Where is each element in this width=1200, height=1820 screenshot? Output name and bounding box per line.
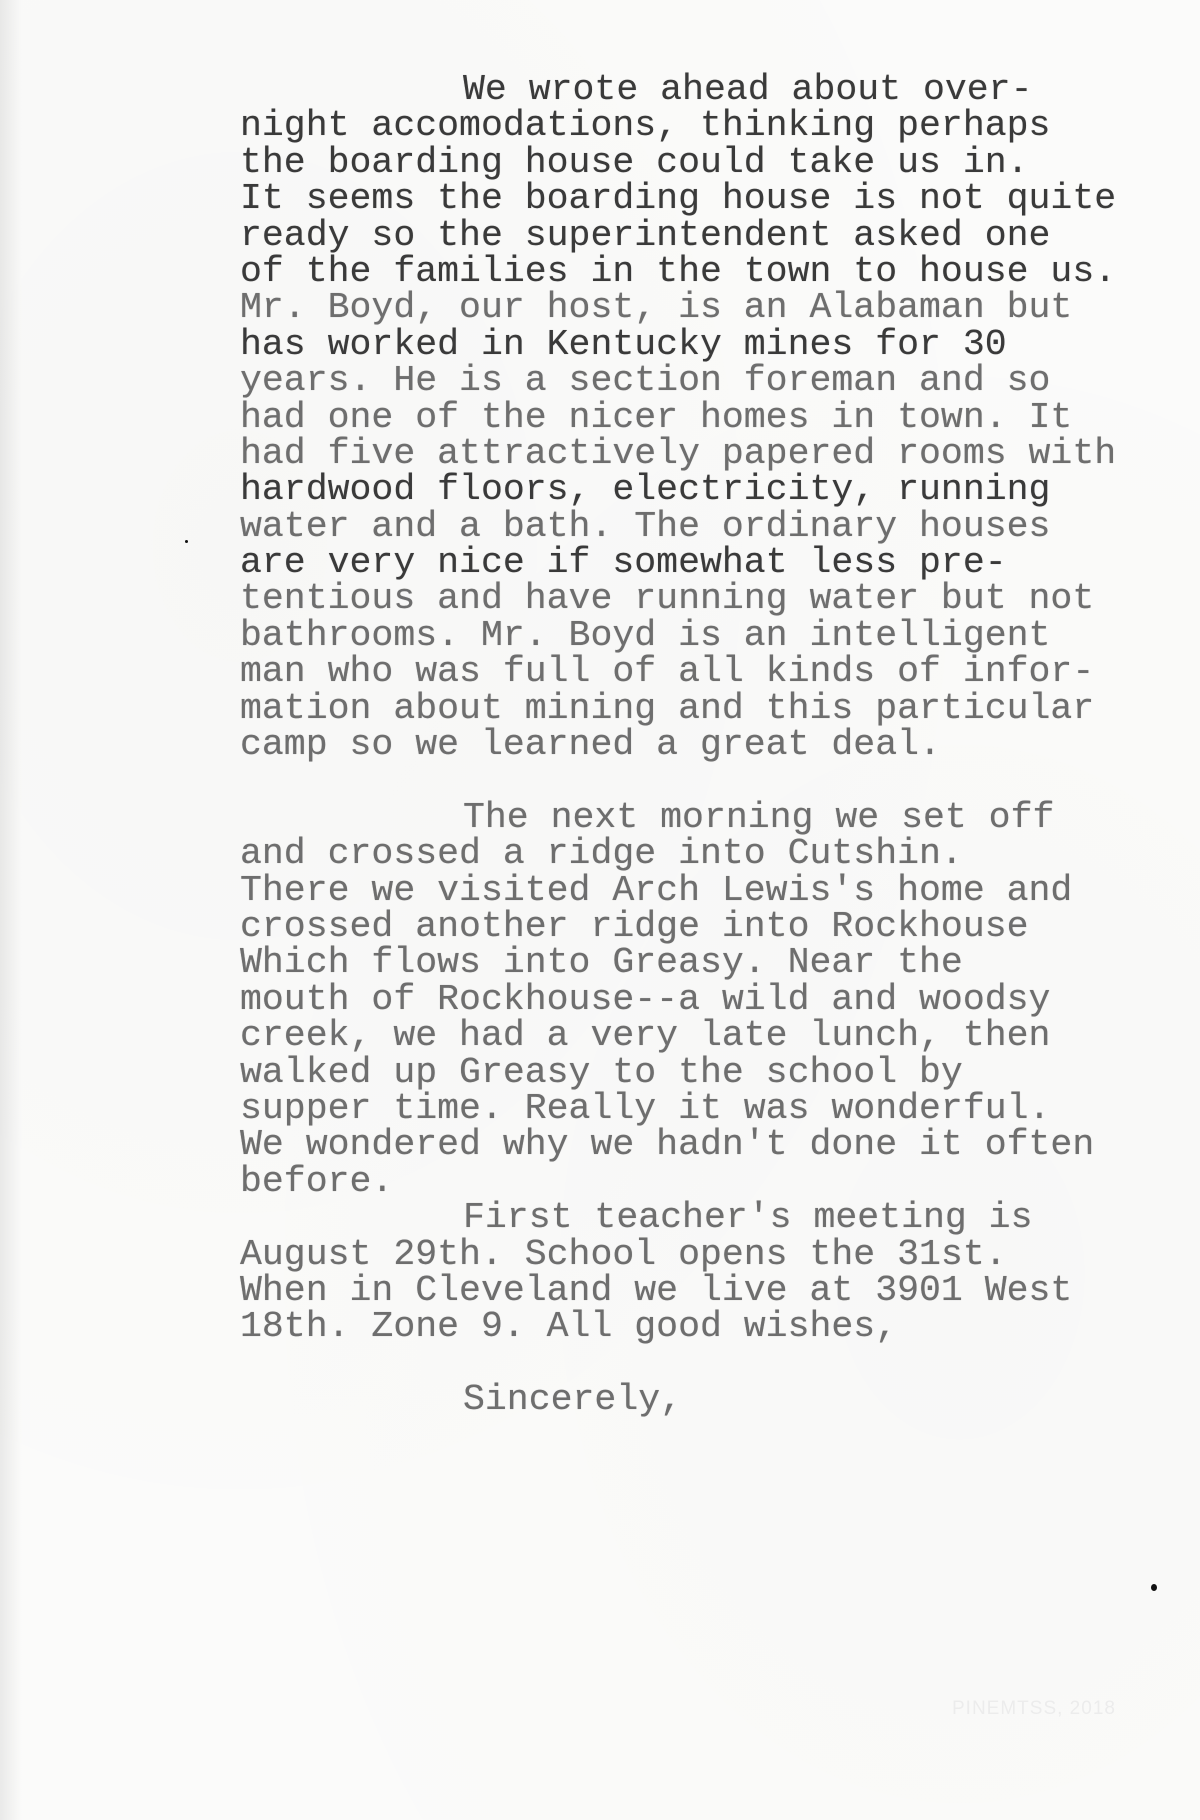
watermark: PINEMTSS, 2018 (952, 1698, 1116, 1720)
text-line: mouth of Rockhouse--a wild and woodsy (240, 982, 1140, 1018)
text-line: Mr. Boyd, our host, is an Alabaman but (240, 290, 1140, 326)
text-line: years. He is a section foreman and so (240, 363, 1140, 399)
text-line: August 29th. School opens the 31st. (240, 1237, 1140, 1273)
paragraph-school-info: First teacher's meeting is August 29th. … (240, 1200, 1140, 1346)
text-line: The next morning we set off (240, 800, 1140, 836)
text-line: night accomodations, thinking perhaps (240, 108, 1140, 144)
text-line: mation about mining and this particular (240, 691, 1140, 727)
blank-line (240, 763, 1140, 799)
text-line: creek, we had a very late lunch, then (240, 1018, 1140, 1054)
text-line: tentious and have running water but not (240, 581, 1140, 617)
blank-line (240, 1346, 1140, 1382)
text-line: the boarding house could take us in. (240, 145, 1140, 181)
text-line: It seems the boarding house is not quite (240, 181, 1140, 217)
closing-signoff: Sincerely, (240, 1382, 1140, 1418)
text-line: before. (240, 1164, 1140, 1200)
text-line: had five attractively papered rooms with (240, 436, 1140, 472)
text-line: hardwood floors, electricity, running (240, 472, 1140, 508)
text-line: 18th. Zone 9. All good wishes, (240, 1309, 1140, 1345)
text-line: walked up Greasy to the school by (240, 1055, 1140, 1091)
text-line: has worked in Kentucky mines for 30 (240, 327, 1140, 363)
scan-page-edge-shadow (0, 0, 22, 1820)
text-line: of the families in the town to house us. (240, 254, 1140, 290)
text-line: water and a bath. The ordinary houses (240, 509, 1140, 545)
text-line: There we visited Arch Lewis's home and (240, 873, 1140, 909)
text-line: Which flows into Greasy. Near the (240, 945, 1140, 981)
text-line: are very nice if somewhat less pre- (240, 545, 1140, 581)
paragraph-accommodations: We wrote ahead about over- night accomod… (240, 72, 1140, 763)
text-line: First teacher's meeting is (240, 1200, 1140, 1236)
text-line: crossed another ridge into Rockhouse (240, 909, 1140, 945)
text-line: ready so the superintendent asked one (240, 218, 1140, 254)
text-line: man who was full of all kinds of infor- (240, 654, 1140, 690)
text-line: We wrote ahead about over- (240, 72, 1140, 108)
text-line: When in Cleveland we live at 3901 West (240, 1273, 1140, 1309)
text-line: supper time. Really it was wonderful. (240, 1091, 1140, 1127)
text-line: and crossed a ridge into Cutshin. (240, 836, 1140, 872)
text-line: camp so we learned a great deal. (240, 727, 1140, 763)
text-line: We wondered why we hadn't done it often (240, 1127, 1140, 1163)
letter-page: We wrote ahead about over- night accomod… (240, 72, 1140, 1418)
text-line: bathrooms. Mr. Boyd is an intelligent (240, 618, 1140, 654)
text-line: had one of the nicer homes in town. It (240, 400, 1140, 436)
ink-dot (1151, 1584, 1157, 1591)
paragraph-hike: The next morning we set off and crossed … (240, 800, 1140, 1200)
paper-speck (185, 540, 188, 543)
